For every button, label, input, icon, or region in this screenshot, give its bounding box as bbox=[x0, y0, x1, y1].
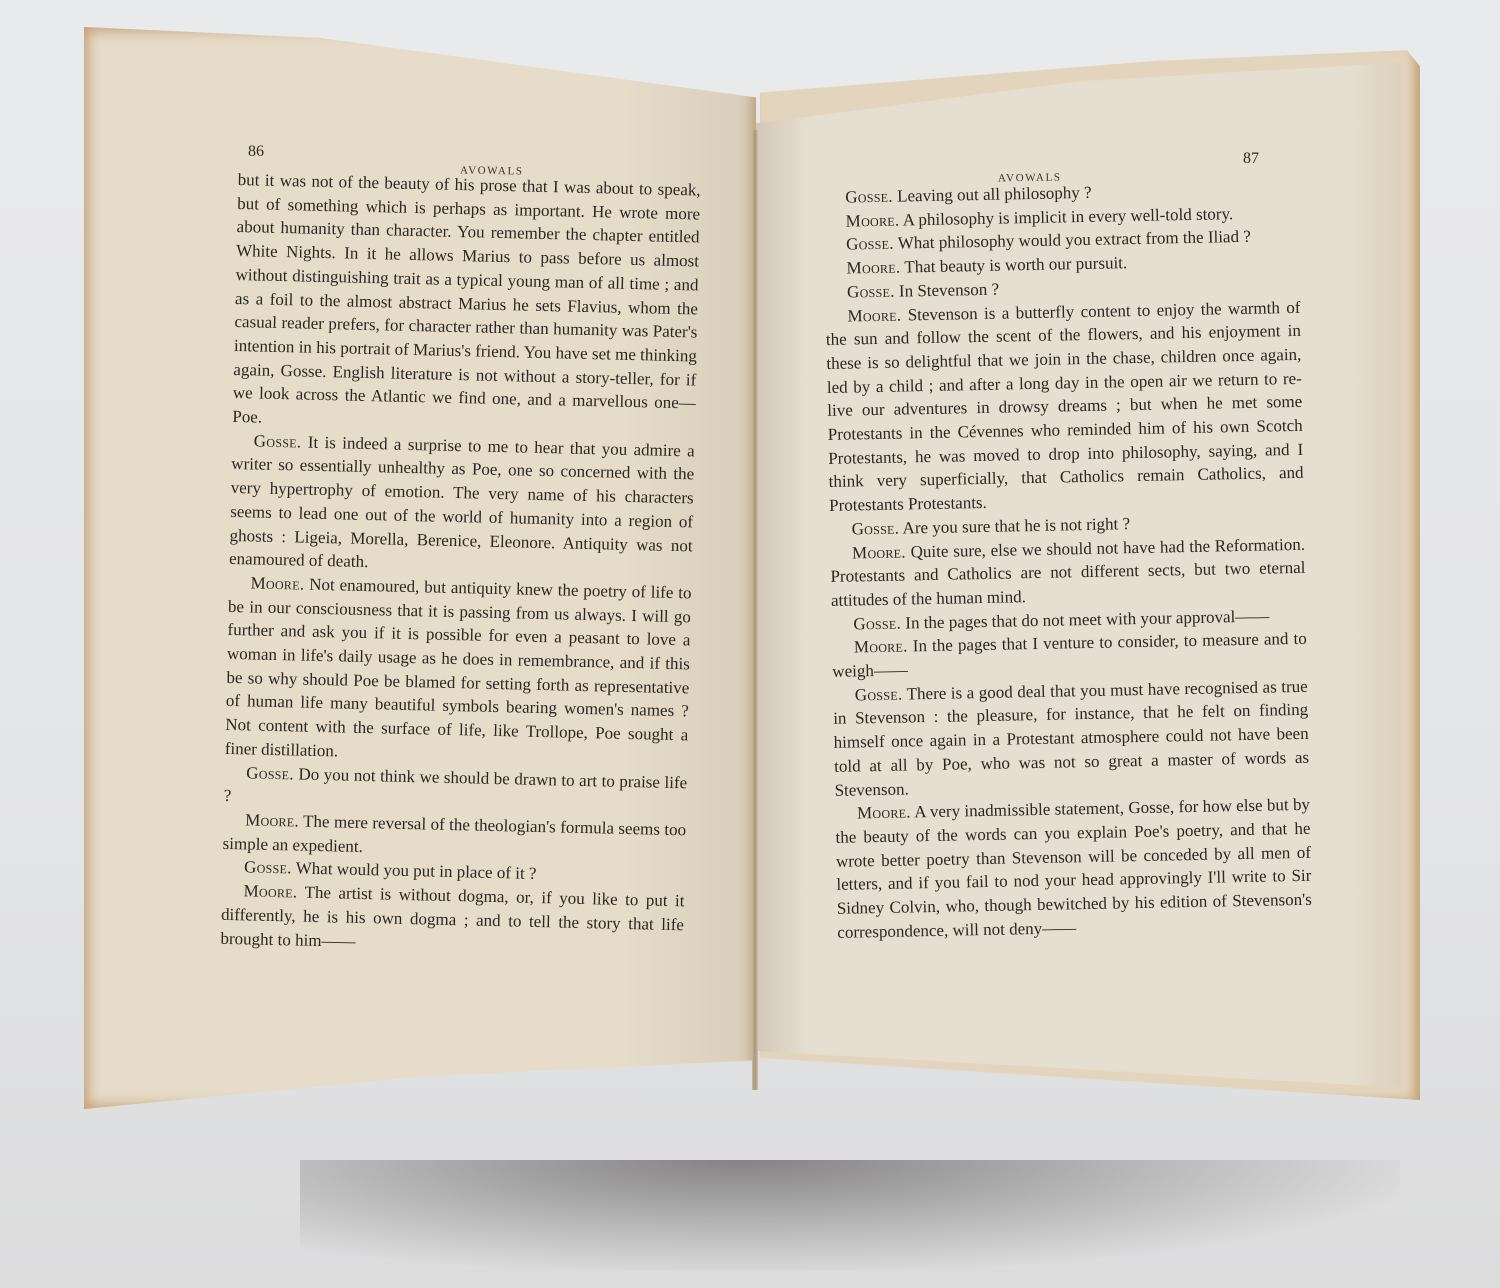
paragraph: Moore. Stevenson is a butterfly content … bbox=[825, 295, 1304, 517]
paragraph: Moore. A very inadmissible statement, Go… bbox=[835, 793, 1313, 944]
paragraph: Moore. The artist is without dogma, or, … bbox=[220, 879, 684, 961]
paragraph: Gosse. It is indeed a surprise to me to … bbox=[229, 429, 695, 582]
right-page-text: Gosse. Leaving out all philosophy ? Moor… bbox=[823, 177, 1312, 944]
left-page-text: but it was not of the beauty of his pros… bbox=[220, 168, 701, 961]
page-number-left: 86 bbox=[248, 143, 264, 161]
paragraph: Gosse. There is a good deal that you mus… bbox=[833, 675, 1310, 803]
paragraph: but it was not of the beauty of his pros… bbox=[232, 168, 701, 439]
book-shadow bbox=[300, 1160, 1400, 1270]
paragraph: Moore. Not enamoured, but antiquity knew… bbox=[225, 571, 692, 771]
paragraph: Moore. Quite sure, else we should not ha… bbox=[830, 532, 1306, 612]
page-number-right: 87 bbox=[1243, 150, 1259, 168]
book-gutter bbox=[752, 130, 758, 1090]
